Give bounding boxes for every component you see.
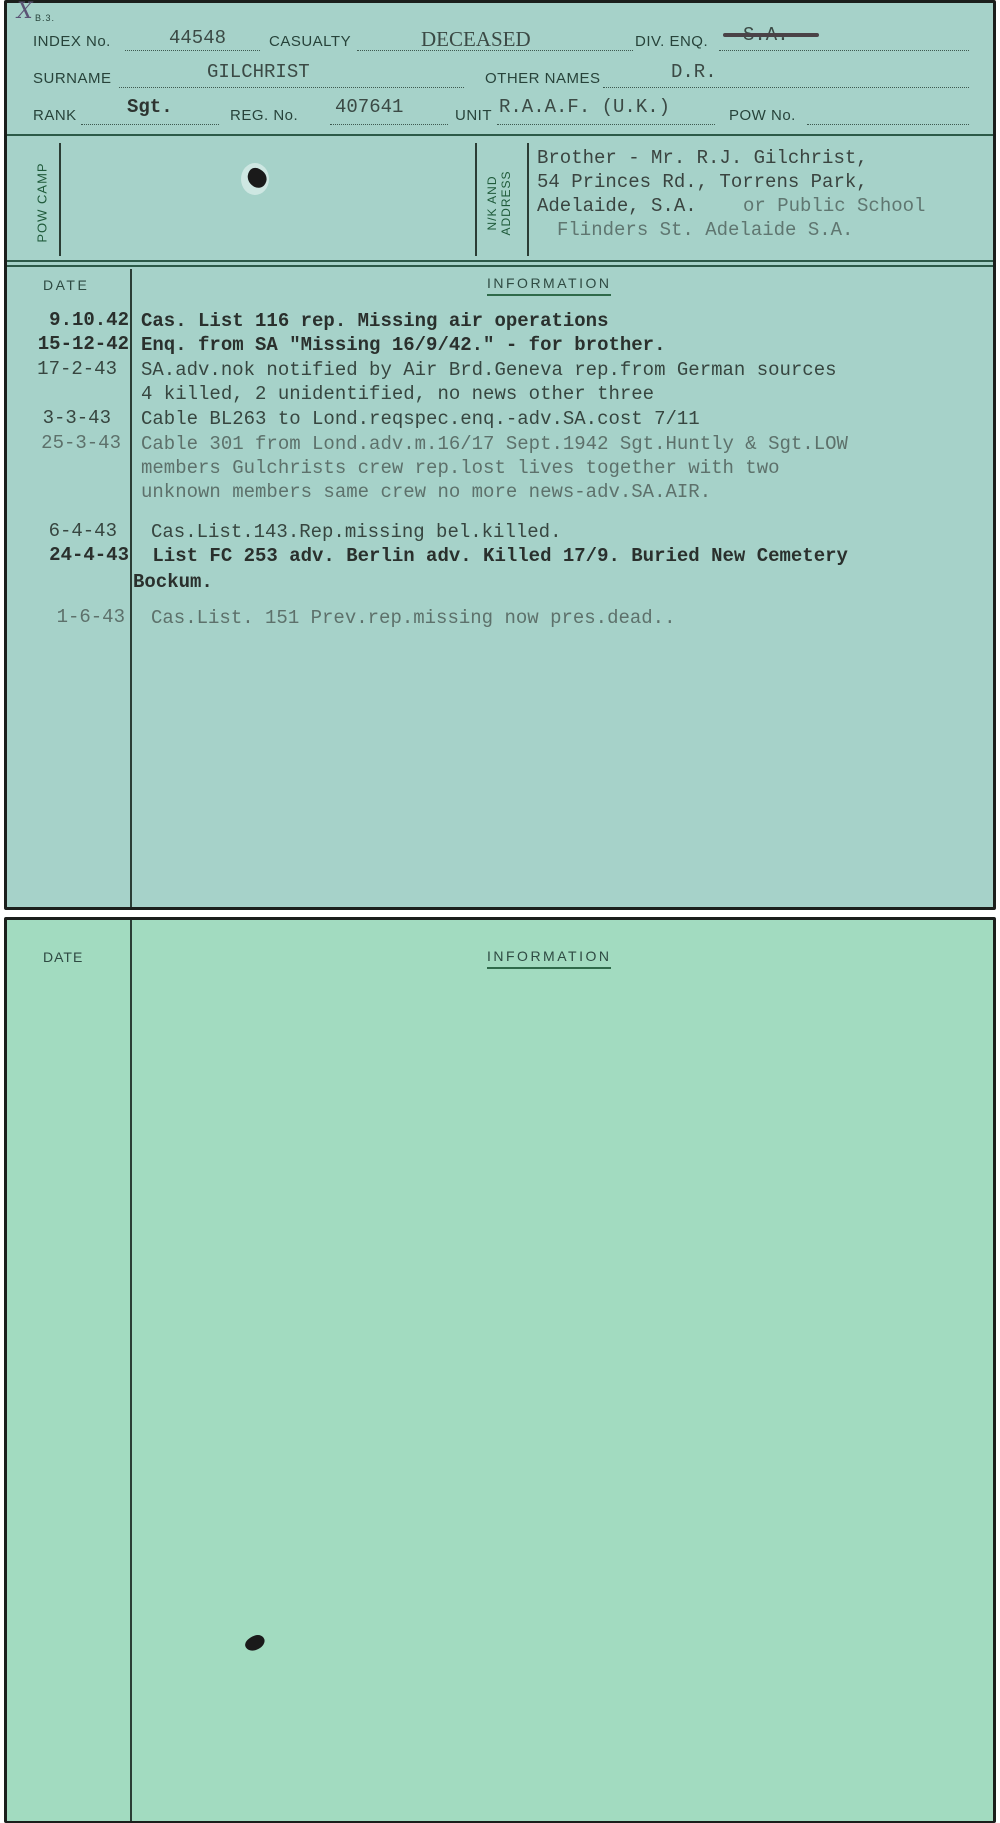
rank-dotted-line <box>81 124 219 125</box>
unit-label: UNIT <box>455 107 492 124</box>
entry-text: SA.adv.nok notified by Air Brd.Geneva re… <box>141 359 837 381</box>
entry-text: members Gulchrists crew rep.lost lives t… <box>141 457 780 479</box>
nok-left-divider <box>475 143 477 256</box>
corner-code: B.3. <box>35 13 55 23</box>
pow-no-label: POW No. <box>729 107 796 124</box>
other-names-dotted-line <box>603 87 969 88</box>
section-divider-top <box>7 260 993 262</box>
index-no-dotted-line <box>125 50 260 51</box>
nok-line-4: or Public School <box>743 195 925 217</box>
entry-text: Cas.List. 151 Prev.rep.missing now pres.… <box>151 607 676 629</box>
nok-line-2: 54 Princes Rd., Torrens Park, <box>537 171 868 193</box>
other-names-label: OTHER NAMES <box>485 70 601 87</box>
header-divider <box>7 134 993 136</box>
nok-address-label: N/K AND ADDRESS <box>485 163 513 243</box>
entry-text: unknown members same crew no more news-a… <box>141 481 711 503</box>
nok-line-1: Brother - Mr. R.J. Gilchrist, <box>537 147 868 169</box>
pow-camp-divider <box>59 143 61 256</box>
information-column-header: INFORMATION <box>487 948 611 969</box>
nok-right-divider <box>527 143 529 256</box>
pow-no-dotted-line <box>807 124 969 125</box>
index-no-value: 44548 <box>169 27 226 49</box>
date-column-divider <box>130 920 132 1821</box>
div-enq-dotted-line <box>719 50 969 51</box>
entry-text: Cas. List 116 rep. Missing air operation… <box>141 310 608 332</box>
entry-date: 15-12-42 <box>7 333 129 355</box>
entry-text: Enq. from SA "Missing 16/9/42." - for br… <box>141 334 666 356</box>
div-enq-strikethrough <box>723 33 819 37</box>
corner-pencil-mark: X <box>17 0 33 24</box>
date-column-header: DATE <box>43 949 83 965</box>
reg-no-dotted-line <box>330 124 448 125</box>
nok-label-line2: ADDRESS <box>499 163 513 243</box>
surname-value: GILCHRIST <box>207 61 310 83</box>
unit-dotted-line <box>497 124 715 125</box>
entry-text: Cable 301 from Lond.adv.m.16/17 Sept.194… <box>141 433 848 455</box>
index-no-label: INDEX No. <box>33 33 111 50</box>
entry-date: 1-6-43 <box>3 606 125 628</box>
div-enq-label: DIV. ENQ. <box>635 33 708 50</box>
entry-text: Bockum. <box>133 571 213 593</box>
section-divider-bottom <box>7 265 993 267</box>
entry-text: Cable BL263 to Lond.reqspec.enq.-adv.SA.… <box>141 408 700 430</box>
reg-no-label: REG. No. <box>230 107 298 124</box>
date-column-header: DATE <box>43 277 89 293</box>
entry-text: Cas.List.143.Rep.missing bel.killed. <box>151 521 561 543</box>
nok-line-3: Adelaide, S.A. <box>537 195 697 217</box>
rank-label: RANK <box>33 107 77 124</box>
entry-text: List FC 253 adv. Berlin adv. Killed 17/9… <box>141 545 848 567</box>
casualty-value: DECEASED <box>421 27 531 52</box>
information-column-header: INFORMATION <box>487 275 611 296</box>
entry-date: 17-2-43 <box>0 358 117 380</box>
front-card: X B.3. INDEX No. 44548 CASUALTY DECEASED… <box>4 0 996 910</box>
unit-value: R.A.A.F. (U.K.) <box>499 96 670 118</box>
entry-date: 9.10.42 <box>7 309 129 331</box>
date-column-divider <box>130 269 132 907</box>
other-names-value: D.R. <box>671 61 717 83</box>
punch-hole <box>243 1632 267 1655</box>
reg-no-value: 407641 <box>335 96 403 118</box>
entry-date: 6-4-43 <box>0 520 117 542</box>
nok-line-5: Flinders St. Adelaide S.A. <box>557 219 853 241</box>
entry-date: 3-3-43 <box>0 407 111 429</box>
entry-date: 25-3-43 <box>0 432 121 454</box>
surname-label: SURNAME <box>33 70 112 87</box>
pow-camp-label: POW CAMP <box>35 158 50 248</box>
surname-dotted-line <box>119 87 464 88</box>
rank-value: Sgt. <box>127 96 173 118</box>
entry-date: 24-4-43 <box>7 544 129 566</box>
nok-label-line1: N/K AND <box>485 163 499 243</box>
casualty-label: CASUALTY <box>269 33 351 50</box>
entry-text: 4 killed, 2 unidentified, no news other … <box>141 383 654 405</box>
back-card: DATE INFORMATION <box>4 917 996 1823</box>
